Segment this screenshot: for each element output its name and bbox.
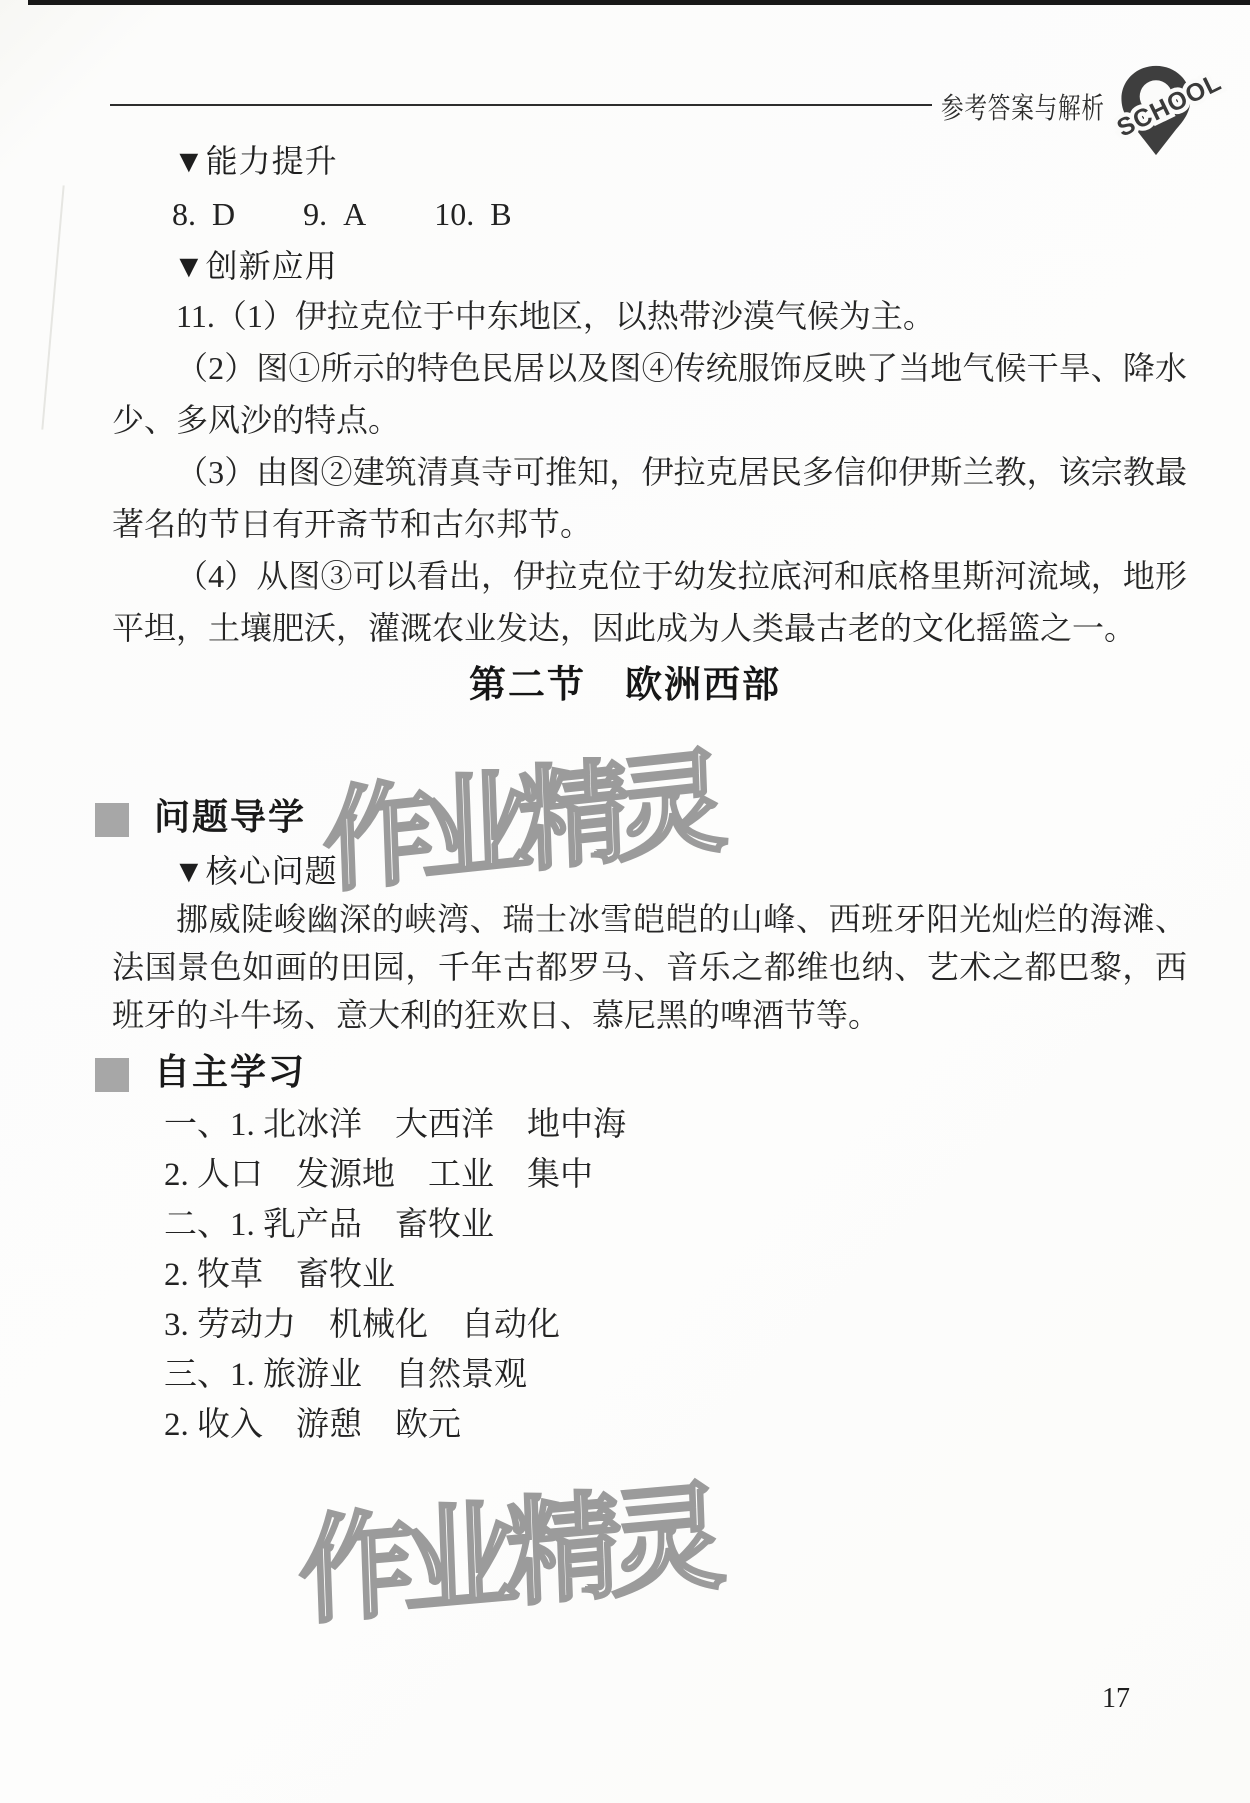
- explanation-paragraph: （3）由图②建筑清真寺可推知，伊拉克居民多信仰伊斯兰教，该宗教最著名的节日有开斋…: [112, 446, 1187, 550]
- page-number: 17: [1102, 1683, 1130, 1715]
- self-study-item: 2. 牧草 畜牧业: [164, 1250, 626, 1300]
- self-study-item: 3. 劳动力 机械化 自动化: [164, 1300, 626, 1350]
- innovation-section-header: ▼创新应用: [173, 244, 338, 288]
- school-pin-logo: SCHOOL: [1112, 62, 1200, 158]
- self-study-item: 一、1. 北冰洋 大西洋 地中海: [164, 1100, 626, 1150]
- scan-edge-top: [28, 0, 1250, 5]
- page-header-title: 参考答案与解析: [941, 86, 1105, 127]
- self-study-answers: 一、1. 北冰洋 大西洋 地中海 2. 人口 发源地 工业 集中 二、1. 乳产…: [164, 1100, 626, 1450]
- ability-section-header: ▼能力提升: [173, 139, 338, 183]
- explanation-paragraph: 11.（1）伊拉克位于中东地区，以热带沙漠气候为主。: [112, 290, 1187, 342]
- self-study-item: 2. 人口 发源地 工业 集中: [164, 1150, 626, 1200]
- core-question-header: ▼核心问题: [173, 849, 338, 893]
- self-study-item: 2. 收入 游憩 欧元: [164, 1400, 626, 1450]
- multiple-choice-answers: 8. D 9. A 10. B: [172, 194, 572, 234]
- answer-item: 8. D: [172, 196, 235, 232]
- scanned-answer-page: 作业精灵 作业精灵 参考答案与解析 SCHOOL ▼能力提升 8. D 9. A…: [0, 0, 1250, 1803]
- section-title: 第二节 欧洲西部: [0, 663, 1250, 707]
- watermark-text: 作业精灵: [296, 1444, 716, 1647]
- core-question-paragraph: 挪威陡峻幽深的峡湾、瑞士冰雪皑皑的山峰、西班牙阳光灿烂的海滩、法国景色如画的田园…: [112, 895, 1187, 1039]
- answer-item: 9. A: [303, 196, 366, 232]
- question-11-explanations: 11.（1）伊拉克位于中东地区，以热带沙漠气候为主。 （2）图①所示的特色民居以…: [112, 290, 1187, 654]
- watermark-text: 作业精灵: [320, 712, 715, 914]
- core-question-text: 挪威陡峻幽深的峡湾、瑞士冰雪皑皑的山峰、西班牙阳光灿烂的海滩、法国景色如画的田园…: [112, 895, 1187, 1039]
- explanation-paragraph: （2）图①所示的特色民居以及图④传统服饰反映了当地气候干旱、降水少、多风沙的特点…: [112, 342, 1187, 446]
- explanation-paragraph: （4）从图③可以看出，伊拉克位于幼发拉底河和底格里斯河流域，地形平坦，土壤肥沃，…: [112, 550, 1187, 654]
- self-study-item: 三、1. 旅游业 自然景观: [164, 1350, 626, 1400]
- scan-crease: [41, 185, 64, 429]
- guide-header: 问题导学: [154, 795, 306, 839]
- map-pin-icon: SCHOOL: [1112, 62, 1200, 158]
- square-bullet-icon: [95, 1058, 129, 1092]
- self-study-header: 自主学习: [154, 1050, 306, 1094]
- header-rule: [110, 104, 932, 106]
- answer-item: 10. B: [434, 196, 511, 232]
- self-study-item: 二、1. 乳产品 畜牧业: [164, 1200, 626, 1250]
- square-bullet-icon: [95, 803, 129, 837]
